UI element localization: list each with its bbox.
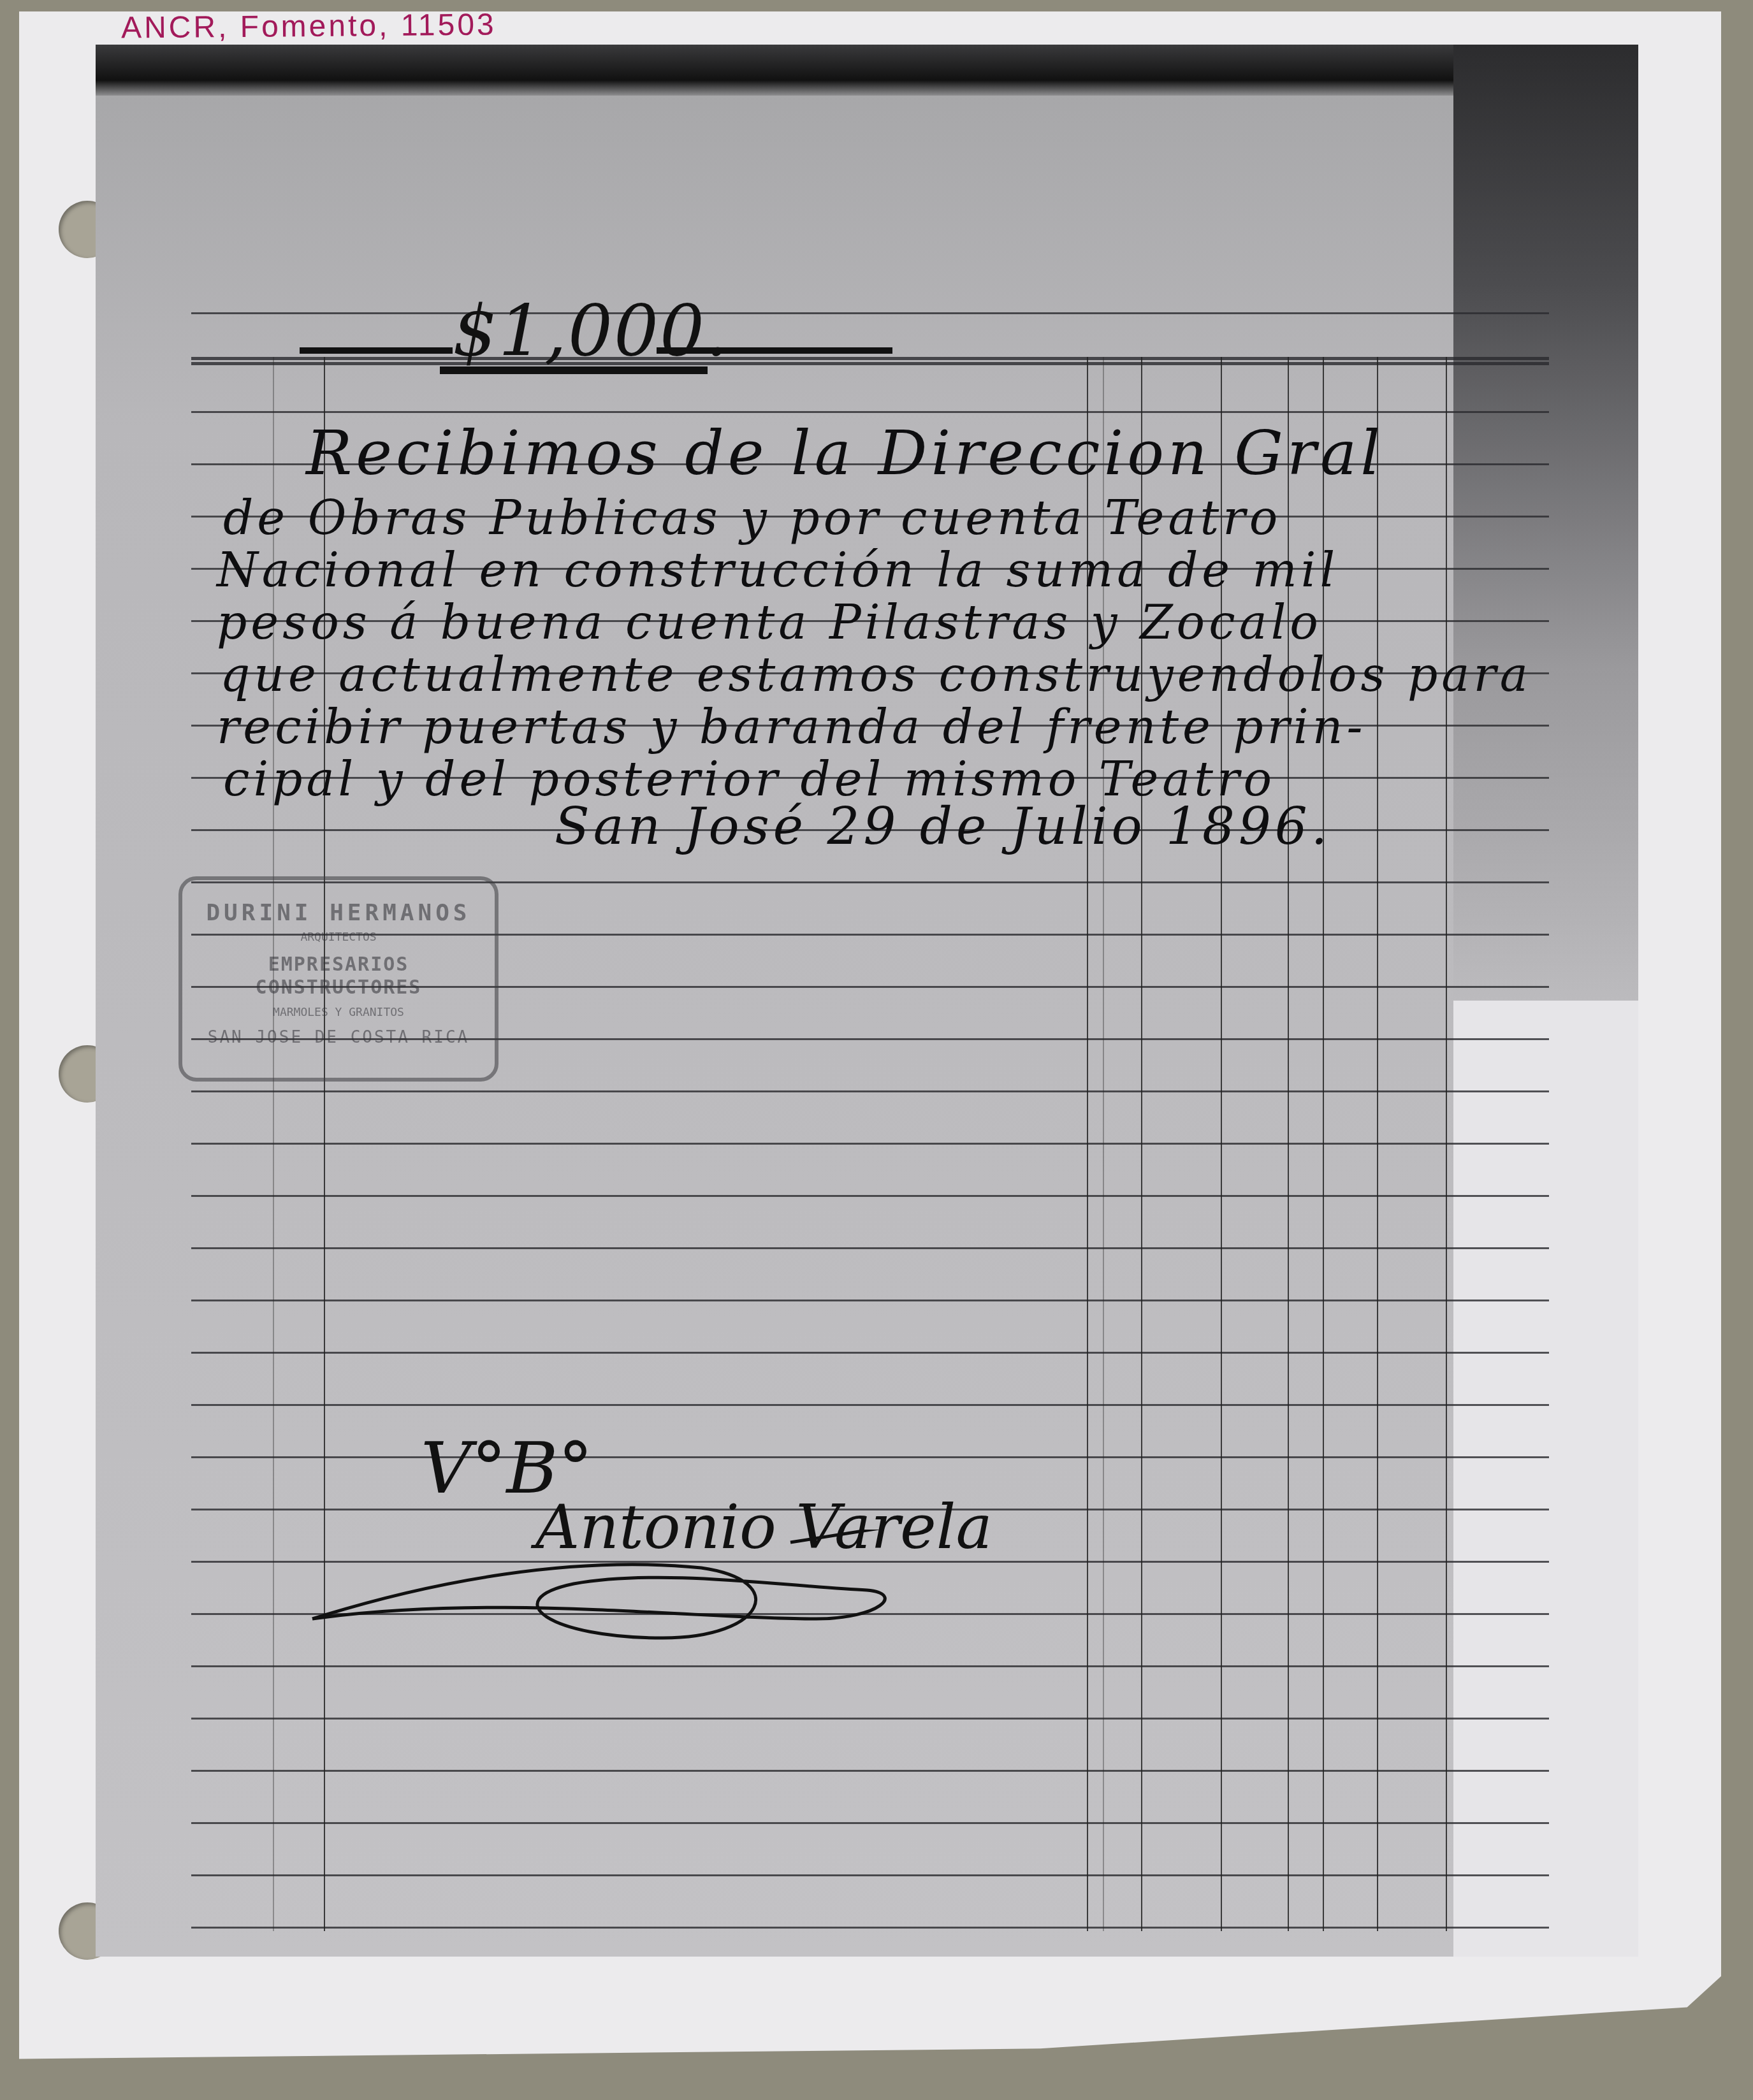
stamp-line: ARQUITECTOS	[182, 931, 495, 945]
ledger-row-rule	[191, 1718, 1549, 1720]
amount-underline	[440, 366, 708, 374]
ledger-row-rule	[191, 1822, 1549, 1824]
ledger-row-rule	[191, 1143, 1549, 1145]
archive-reference-label: ANCR, Fomento, 11503	[121, 7, 497, 45]
ledger-row-rule	[191, 411, 1549, 413]
stamp-company-name: DURINI HERMANOS	[182, 899, 495, 927]
receipt-line: Nacional en construcción la suma de mil	[217, 543, 1339, 598]
receipt-line: que actualmente estamos construyendolos …	[220, 648, 1532, 702]
ledger-row-rule	[191, 1874, 1549, 1876]
amount-dash-right	[657, 347, 892, 354]
stamp-line: EMPRESARIOS CONSTRUCTORES	[182, 953, 495, 999]
ledger-row-rule	[191, 1770, 1549, 1772]
receipt-line: Recibimos de la Direccion Gral	[306, 417, 1384, 489]
ledger-row-rule	[191, 1927, 1549, 1929]
ledger-row-rule	[191, 1090, 1549, 1092]
ledger-row-rule	[191, 1456, 1549, 1458]
ledger-header-rule	[191, 357, 1549, 360]
ledger-row-rule	[191, 1404, 1549, 1406]
ledger-row-rule	[191, 1300, 1549, 1301]
amount-dash-left	[300, 347, 453, 354]
stamp-location: SAN JOSE DE COSTA RICA	[182, 1028, 495, 1048]
photocopy-sheet: $1,000. Recibimos de la Direccion Gral d…	[96, 45, 1638, 1957]
ledger-column-rule	[1377, 357, 1378, 1931]
ledger-row-rule	[191, 1665, 1549, 1667]
company-stamp: DURINI HERMANOS ARQUITECTOS EMPRESARIOS …	[178, 876, 498, 1082]
ledger-column-rule	[1446, 357, 1447, 1931]
receipt-line: de Obras Publicas y por cuenta Teatro	[223, 491, 1281, 546]
receipt-line: recibir puertas y baranda del frente pri…	[217, 700, 1366, 755]
place-and-date: San José 29 de Julio 1896.	[555, 797, 1331, 856]
amount-figure: $1,000.	[453, 290, 729, 372]
stamp-line: MARMOLES Y GRANITOS	[182, 1006, 495, 1020]
ledger-row-rule	[191, 1247, 1549, 1249]
ledger-header-rule	[191, 312, 1549, 314]
ledger-row-rule	[191, 1352, 1549, 1354]
ledger-row-rule	[191, 1195, 1549, 1197]
receipt-line: pesos á buena cuenta Pilastras y Zocalo	[217, 595, 1322, 650]
signature-flourish-icon	[306, 1530, 943, 1657]
